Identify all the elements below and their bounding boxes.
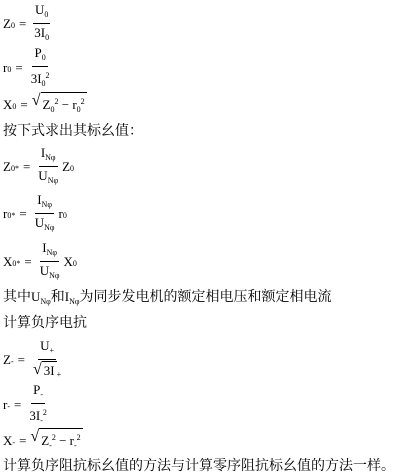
denominator: 3I [44, 363, 55, 378]
var: Z [3, 352, 11, 368]
eq-x0: X0 = √ Z02 − r02 [3, 92, 87, 117]
equals: = [24, 254, 31, 270]
sub: - [74, 441, 77, 450]
denominator: 3I [34, 25, 45, 40]
sub: - [7, 402, 10, 411]
fraction: U+ √3I+ [31, 338, 63, 382]
sub: Nφ [49, 271, 59, 280]
eq-r0: r0 = P0 3I02 [3, 45, 54, 91]
sub: 0 [11, 21, 15, 30]
sub: 0 [70, 164, 74, 173]
sub: 0 [50, 105, 54, 114]
fraction: INφ UNφ [33, 192, 57, 235]
minus: − [59, 433, 66, 448]
sub: Nφ [44, 223, 54, 232]
fraction: P0 3I02 [29, 45, 52, 91]
eq-x-neg: X- = √ Z-2 − r-2 [3, 428, 83, 453]
numerator: P [34, 45, 41, 60]
var: X [64, 254, 73, 270]
sup: * [16, 259, 20, 268]
sub: Nφ [48, 176, 58, 185]
text-per-unit-intro: 按下式求出其标幺值： [3, 120, 143, 140]
sub: 0 [12, 102, 16, 111]
var-z: Z [3, 16, 11, 32]
sub: Nφ [47, 248, 57, 257]
equals: = [23, 159, 30, 175]
sub: Nφ [40, 297, 50, 306]
radical-icon: √ [32, 92, 41, 117]
sup: 2 [81, 97, 85, 106]
sub: 0 [73, 259, 77, 268]
sub: Nφ [45, 153, 55, 162]
sub: 0 [7, 65, 11, 74]
text-part: 和 [51, 289, 65, 305]
sub: - [49, 441, 52, 450]
denominator: U [40, 263, 49, 278]
sup: 2 [52, 433, 56, 442]
term: Z [41, 433, 49, 448]
sub: 0 [42, 53, 46, 62]
sup: 2 [43, 408, 47, 417]
radical-icon: √ [33, 361, 42, 379]
equals: = [20, 97, 27, 113]
equals: = [15, 60, 22, 76]
text-where: 其中UNφ和INφ为同步发电机的额定相电压和额定相电流 [3, 286, 332, 306]
radical-icon: √ [30, 428, 39, 453]
sup: * [11, 211, 15, 220]
fraction: U0 3I0 [32, 2, 51, 45]
sup: * [15, 164, 19, 173]
fraction: INφ UNφ [38, 240, 62, 283]
text-part: 其中 [3, 289, 31, 305]
minus: − [62, 97, 69, 112]
text-negative-seq-heading: 计算负序电抗 [3, 312, 87, 332]
equals: = [18, 352, 25, 368]
text-final: 计算负序阻抗标幺值的方法与计算零序阻抗标幺值的方法一样。 [3, 455, 395, 475]
var: X [3, 433, 12, 449]
var: Z [3, 159, 11, 175]
sub: 0 [44, 10, 48, 19]
sub: - [40, 390, 43, 399]
eq-z0-per-unit: Z0* = INφ UNφ Z0 [3, 145, 74, 188]
square-root: √ Z-2 − r-2 [30, 428, 82, 453]
equals: = [14, 397, 21, 413]
var-x: X [3, 97, 12, 113]
sub: + [57, 370, 62, 379]
sub: 0 [77, 105, 81, 114]
sub: - [12, 438, 15, 447]
var: X [3, 254, 12, 270]
sub: 0 [63, 211, 67, 220]
square-root: √ Z02 − r02 [32, 92, 87, 117]
equals: = [19, 16, 26, 32]
equals: = [19, 206, 26, 222]
eq-r-neg: r- = P- 3I-2 [3, 382, 51, 428]
denominator: U [35, 215, 44, 230]
sup: 2 [54, 97, 58, 106]
sup: 2 [46, 71, 50, 80]
sub: - [11, 357, 14, 366]
text-part: 为同步发电机的额定相电压和额定相电流 [80, 289, 332, 305]
sub: Nφ [42, 200, 52, 209]
var: Z [62, 159, 70, 175]
sub: Nφ [69, 297, 79, 306]
sub: + [49, 346, 54, 355]
fraction: P- 3I-2 [27, 382, 49, 428]
eq-z0: Z0 = U0 3I0 [3, 2, 53, 45]
sub: 0 [42, 79, 46, 88]
denominator: 3I [29, 408, 40, 423]
sub: - [40, 416, 43, 425]
denominator: 3I [31, 71, 42, 86]
equals: = [19, 433, 26, 449]
numerator: U [35, 2, 44, 17]
sub: 0 [45, 33, 49, 42]
denominator: U [38, 168, 47, 183]
eq-z-neg: Z- = U+ √3I+ [3, 338, 65, 382]
var: U [31, 289, 40, 304]
eq-x0-per-unit: X0* = INφ UNφ X0 [3, 240, 77, 283]
sup: 2 [77, 433, 81, 442]
fraction: INφ UNφ [36, 145, 60, 188]
eq-r0-per-unit: r0* = INφ UNφ r0 [3, 192, 67, 235]
